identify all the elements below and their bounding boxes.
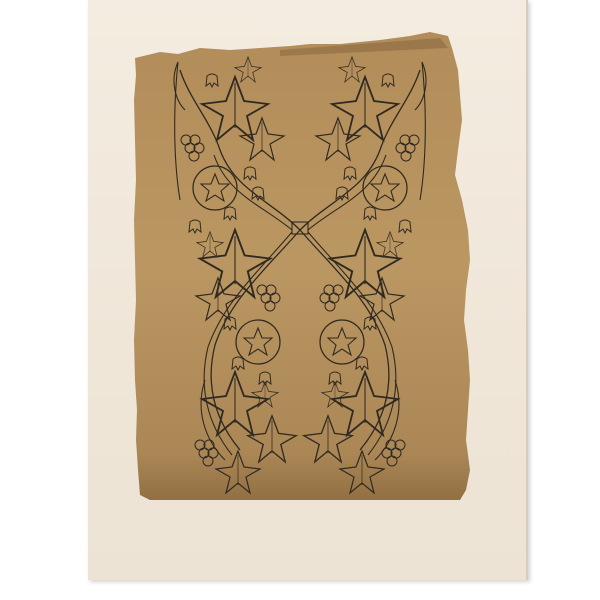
tracing-paper <box>134 32 470 500</box>
tracing-paper-drawing <box>0 0 600 600</box>
